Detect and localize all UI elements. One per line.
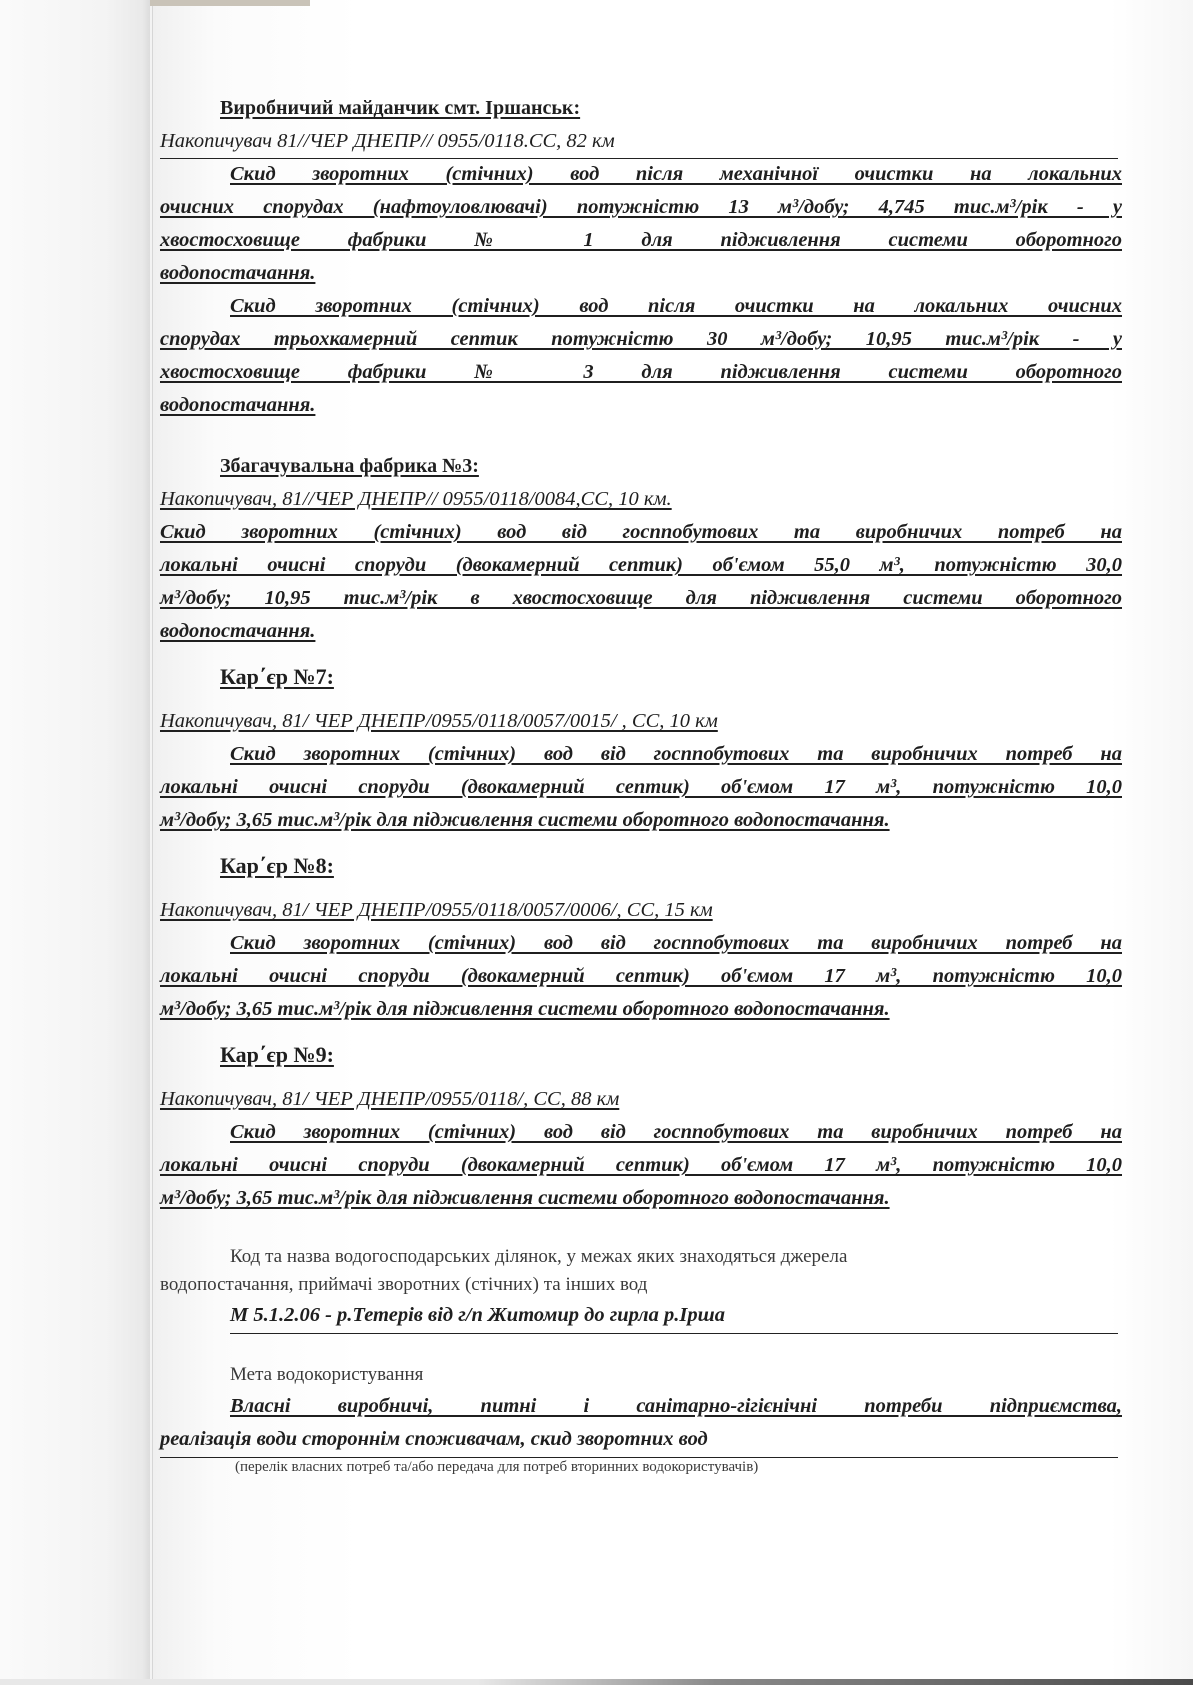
section-heading: Виробничий майданчик смт. Іршанськ: (160, 92, 1122, 125)
purpose-note: (перелік власних потреб та/або передача … (160, 1456, 1122, 1478)
paragraph-line: м³/добу; 10,95 тис.м³/рік в хвостосховищ… (160, 582, 1122, 615)
section-irshansk: Виробничий майданчик смт. Іршанськ: Нако… (160, 92, 1122, 422)
paragraph: Скид зворотних (стічних) вод після механ… (160, 158, 1122, 290)
paragraph-line: очисних спорудах (нафтоуловлювачі) потуж… (160, 191, 1122, 224)
paragraph-line: водопостачання. (160, 257, 1122, 290)
paragraph-line: Скид зворотних (стічних) вод після механ… (160, 158, 1122, 191)
receiver-line: Накопичувач, 81/ ЧЕР ДНЕПР/0955/0118/005… (160, 894, 1122, 927)
paragraph-line: водопостачання. (160, 389, 1122, 422)
paragraph-line: Скид зворотних (стічних) вод від госппоб… (160, 516, 1122, 549)
water-areas-label: водопостачання, приймачі зворотних (стіч… (160, 1271, 1122, 1299)
scan-margin (0, 0, 150, 1685)
paragraph-line: хвостосховище фабрики № 1 для підживленн… (160, 224, 1122, 257)
paragraph-line: спорудах трьохкамерний септик потужністю… (160, 323, 1122, 356)
purpose-value: Власні виробничі, питні і санітарно-гігі… (160, 1390, 1122, 1423)
paragraph: Скид зворотних (стічних) вод від госппоб… (160, 516, 1122, 648)
section-heading: Кар΄єр №9: (160, 1038, 1122, 1071)
paragraph: Скид зворотних (стічних) вод після очист… (160, 290, 1122, 422)
section-heading: Кар΄єр №7: (160, 660, 1122, 693)
paragraph-line: м³/добу; 3,65 тис.м³/рік для підживлення… (160, 993, 1122, 1026)
receiver-line: Накопичувач, 81/ ЧЕР ДНЕПР/0955/0118/, С… (160, 1083, 1122, 1116)
receiver-line: Накопичувач, 81/ ЧЕР ДНЕПР/0955/0118/005… (160, 705, 1122, 738)
paragraph-line: локальні очисні споруди (двокамерний сеп… (160, 771, 1122, 804)
scan-bottom-edge (0, 1679, 1193, 1685)
section-factory-3: Збагачувальна фабрика №3: Накопичувач, 8… (160, 450, 1122, 648)
receiver-line: Накопичувач 81//ЧЕР ДНЕПР// 0955/0118.СС… (160, 125, 1118, 159)
paragraph-line: хвостосховище фабрики № 3 для підживленн… (160, 356, 1122, 389)
paragraph-line: Скид зворотних (стічних) вод після очист… (160, 290, 1122, 323)
section-quarry-7: Кар΄єр №7: Накопичувач, 81/ ЧЕР ДНЕПР/09… (160, 660, 1122, 837)
water-areas-value: М 5.1.2.06 - р.Тетерів від г/п Житомир д… (230, 1304, 725, 1326)
document-content: Виробничий майданчик смт. Іршанськ: Нако… (160, 92, 1122, 1478)
paragraph-line: локальні очисні споруди (двокамерний сеп… (160, 960, 1122, 993)
paragraph-line: локальні очисні споруди (двокамерний сеп… (160, 1149, 1122, 1182)
paragraph: Скид зворотних (стічних) вод від госппоб… (160, 1116, 1122, 1215)
purpose-value-field: реалізація води стороннім споживачам, ск… (160, 1423, 1118, 1458)
water-areas-label: Код та назва водогосподарських ділянок, … (160, 1243, 1122, 1271)
paragraph-line: м³/добу; 3,65 тис.м³/рік для підживлення… (160, 804, 1122, 837)
purpose-label: Мета водокористування (160, 1360, 1122, 1390)
water-areas-block: Код та назва водогосподарських ділянок, … (160, 1243, 1122, 1332)
section-quarry-8: Кар΄єр №8: Накопичувач, 81/ ЧЕР ДНЕПР/09… (160, 849, 1122, 1026)
paragraph-line: м³/добу; 3,65 тис.м³/рік для підживлення… (160, 1182, 1122, 1215)
paragraph-line: Скид зворотних (стічних) вод від госппоб… (160, 738, 1122, 771)
purpose-block: Мета водокористування Власні виробничі, … (160, 1360, 1122, 1478)
receiver-line: Накопичувач, 81//ЧЕР ДНЕПР// 0955/0118/0… (160, 483, 1122, 516)
section-quarry-9: Кар΄єр №9: Накопичувач, 81/ ЧЕР ДНЕПР/09… (160, 1038, 1122, 1215)
paragraph-line: Скид зворотних (стічних) вод від госппоб… (160, 927, 1122, 960)
paragraph-line: локальні очисні споруди (двокамерний сеп… (160, 549, 1122, 582)
scan-top-edge (150, 0, 310, 6)
paragraph: Скид зворотних (стічних) вод від госппоб… (160, 738, 1122, 837)
section-heading: Кар΄єр №8: (160, 849, 1122, 882)
section-heading: Збагачувальна фабрика №3: (160, 450, 1122, 483)
purpose-value: реалізація води стороннім споживачам, ск… (160, 1428, 708, 1450)
water-areas-value-field: М 5.1.2.06 - р.Тетерів від г/п Житомир д… (230, 1299, 1118, 1334)
paragraph-line: водопостачання. (160, 615, 1122, 648)
paragraph: Скид зворотних (стічних) вод від госппоб… (160, 927, 1122, 1026)
paragraph-line: Скид зворотних (стічних) вод від госппоб… (160, 1116, 1122, 1149)
